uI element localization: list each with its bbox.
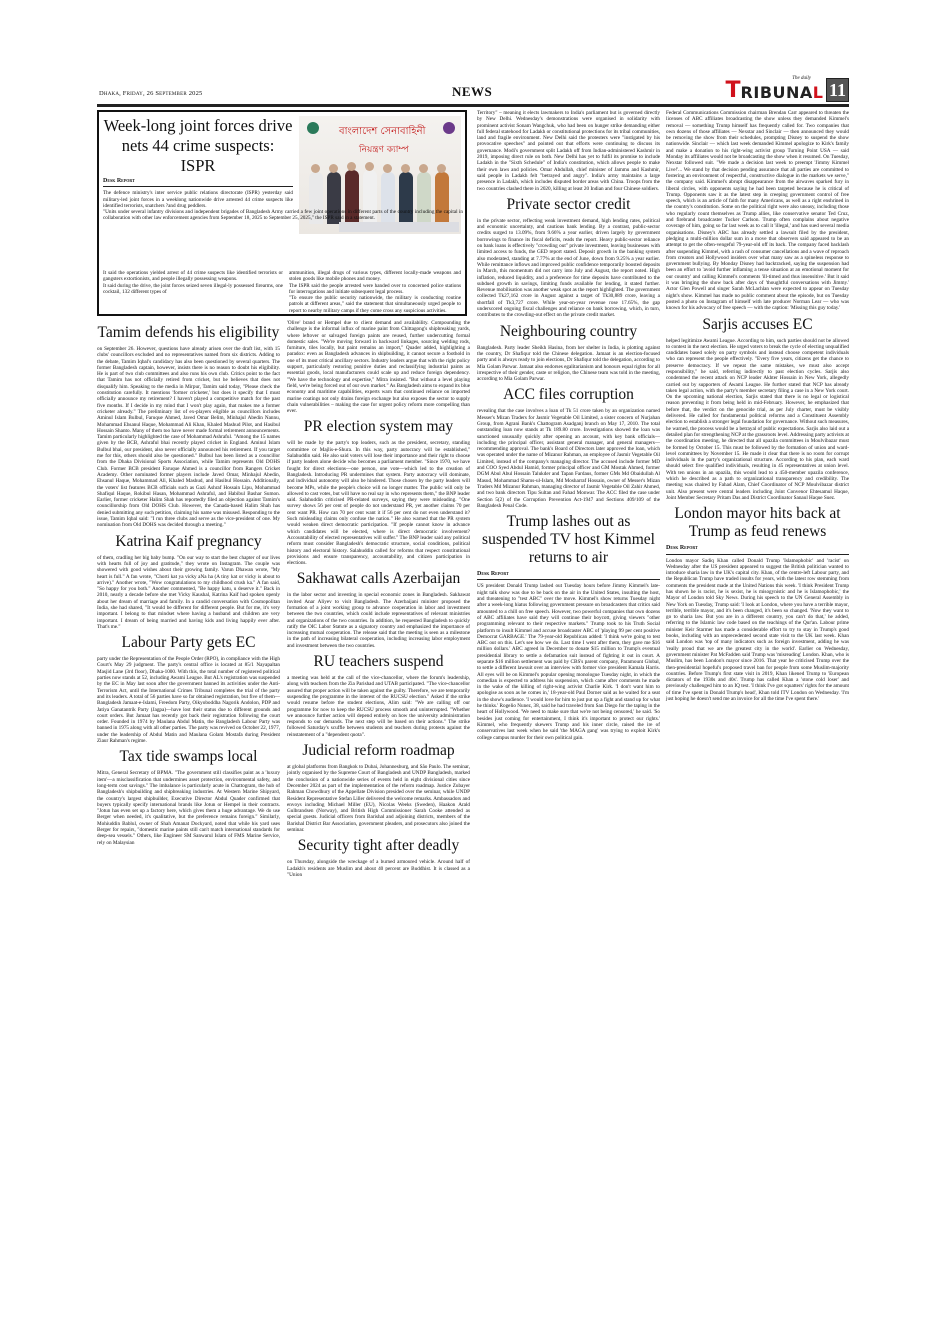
- newspaper-page: Dhaka, Friday, 26 September 2025 NEWS Th…: [97, 80, 849, 107]
- article-body: Territory" – meaning it elects lawmakers…: [477, 110, 660, 192]
- photo-banner-text: নিয়ন্ত্রণ ক্যাম্প: [359, 142, 409, 157]
- headline-ru-teachers: RU teachers suspend: [287, 653, 470, 671]
- column-4: Federal Communications Commission chairm…: [666, 110, 849, 702]
- headline-security: Security tight after deadly: [287, 837, 470, 855]
- logo-tagline: The daily: [792, 76, 811, 81]
- tribunal-logo: The daily T RIBUNA L 11: [726, 78, 849, 102]
- headline-acc: ACC files corruption: [477, 386, 660, 404]
- logo-letters: RIBUNA: [741, 84, 813, 102]
- headline-judicial: Judicial reform roadmap: [287, 742, 470, 760]
- photo-banner-text: বাংলাদেশ সেনাবাহিনী: [339, 124, 425, 141]
- lead-para: "Units under several infantry divisions …: [103, 209, 463, 222]
- headline-trump-kimmel: Trump lashes out as suspended TV host Ki…: [477, 513, 660, 567]
- article-body: in the labor sector and investing in spe…: [287, 592, 470, 649]
- article-body: a meeting was held at the call of the vi…: [287, 675, 470, 738]
- article-body: Federal Communications Commission chairm…: [666, 110, 849, 312]
- article-body: in the private sector, reflecting weak i…: [477, 218, 660, 319]
- lead-para: It said during the drive, the joint forc…: [103, 283, 283, 296]
- article-body: Mitra, General Secretary of BPMA. "The g…: [97, 770, 280, 846]
- page-number: 11: [826, 78, 849, 102]
- headline-london-mayor: London mayor hits back at Trump as feud …: [666, 505, 849, 541]
- article-body: on Thursday, alongside the wreckage of a…: [287, 859, 470, 878]
- lead-para: It said the operations yielded arrest of…: [103, 270, 283, 283]
- masthead: Dhaka, Friday, 26 September 2025 NEWS Th…: [97, 80, 849, 107]
- article-body: revealing that the case involves a loan …: [477, 408, 660, 509]
- lead-byline: Desk Report: [103, 178, 293, 187]
- headline-labour: Labour Party gets EC: [97, 634, 280, 652]
- lead-para: The defence ministry's inter service pub…: [103, 190, 293, 209]
- byline: Desk Report: [477, 571, 660, 580]
- byline: Desk Report: [666, 545, 849, 554]
- headline-tax: Tax tide swamps local: [97, 748, 280, 766]
- article-body: helped legitimize Awami League. Accordin…: [666, 338, 849, 502]
- column-3: Territory" – meaning it elects lawmakers…: [477, 110, 660, 741]
- article-body: party under the Representation of the Pe…: [97, 656, 280, 744]
- section-title: NEWS: [452, 84, 492, 100]
- headline-pr-election: PR election system may: [287, 418, 470, 436]
- article-body: 'Olive' brand or Hempel due to client de…: [287, 320, 470, 414]
- headline-sakhawat: Sakhawat calls Azerbaijan: [287, 570, 470, 588]
- lead-para: "To ensure the public security nationwid…: [289, 295, 461, 314]
- headline-sarjis: Sarjis accuses EC: [666, 316, 849, 334]
- logo-letter-l: L: [813, 84, 823, 102]
- dateline: Dhaka, Friday, 26 September 2025: [99, 90, 203, 97]
- article-body: on September 26. However, questions have…: [97, 346, 280, 529]
- article-body: London mayor Sadiq Khan called Donald Tr…: [666, 558, 849, 703]
- article-body: will be made by the party's top leaders,…: [287, 440, 470, 566]
- article-body: at global platforms from Bangkok to Duba…: [287, 764, 470, 833]
- lead-para: ammunition, illegal drugs of various typ…: [289, 270, 461, 283]
- lead-headline: Week-long joint forces drive nets 44 cri…: [103, 116, 293, 176]
- column-1: Tamim defends his eligibility on Septemb…: [97, 320, 280, 846]
- column-2: 'Olive' brand or Hempel due to client de…: [287, 320, 470, 878]
- article-body: US president Donald Trump lashed out Tue…: [477, 583, 660, 740]
- headline-private-credit: Private sector credit: [477, 196, 660, 214]
- headline-neighbouring: Neighbouring country: [477, 323, 660, 341]
- headline-tamim: Tamim defends his eligibility: [97, 324, 280, 342]
- article-body: Bangladesh. Party leader Sheikh Hasina, …: [477, 345, 660, 383]
- headline-katrina: Katrina Kaif pregnancy: [97, 533, 280, 551]
- army-emblem-icon: [307, 122, 319, 134]
- emblem-icon: [443, 122, 455, 134]
- lead-para: The ISPR said the people arrested were h…: [289, 283, 461, 296]
- article-body: of them, cradling her big baby bump. "On…: [97, 555, 280, 631]
- logo-letter-t: T: [726, 80, 741, 102]
- lead-story-box: Week-long joint forces drive nets 44 cri…: [97, 110, 467, 316]
- seized-items-table: [339, 222, 459, 232]
